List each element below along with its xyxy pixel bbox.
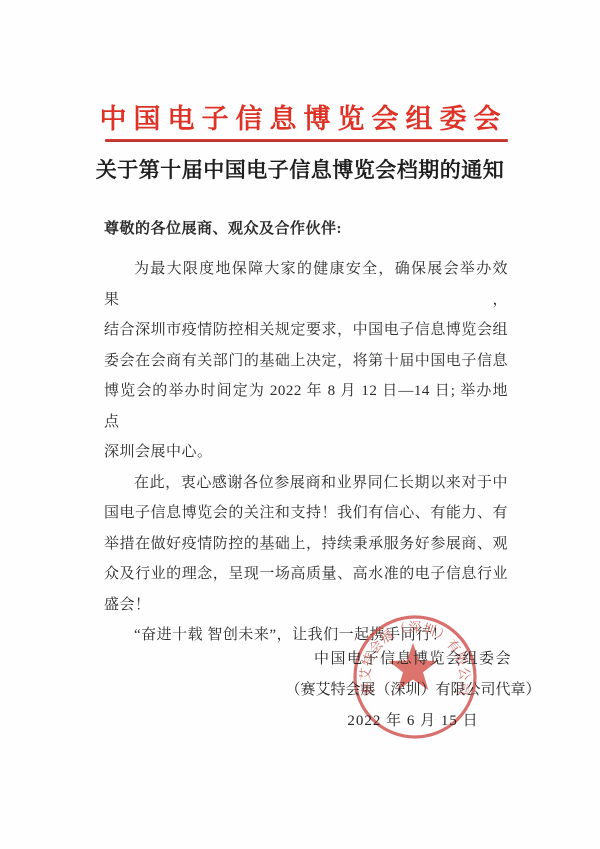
body-line: 深圳会展中心。 (104, 437, 508, 468)
notice-title: 关于第十届中国电子信息博览会档期的通知 (0, 154, 600, 184)
body-line: 结合深圳市疫情防控相关规定要求，中国电子信息博览会组 (104, 315, 508, 346)
letterhead-divider-rule (105, 139, 508, 142)
body-line: 举措在做好疫情防控的基础上，持续秉承服务好参展商、观 (104, 529, 508, 560)
notice-document-page: 中国电子信息博览会组委会 关于第十届中国电子信息博览会档期的通知 尊敬的各位展商… (0, 0, 600, 849)
signature-org: 中国电子信息博览会组委会 (226, 644, 600, 675)
body-line: 在此，衷心感谢各位参展商和业界同仁长期以来对于中 (104, 468, 508, 499)
letter-body: 尊敬的各位展商、观众及合作伙伴: 为最大限度地保障大家的健康安全，确保展会举办效… (104, 214, 508, 651)
signature-date: 2022 年 6 月 15 日 (226, 706, 600, 737)
salutation-line: 尊敬的各位展商、观众及合作伙伴: (104, 214, 508, 244)
body-line: 众及行业的理念，呈现一场高质量、高水准的电子信息行业 (104, 559, 508, 590)
body-line: 为最大限度地保障大家的健康安全，确保展会举办效果， (104, 254, 508, 315)
body-line: 委会在会商有关部门的基础上决定，将第十届中国电子信息 (104, 346, 508, 377)
letterhead-org-title: 中国电子信息博览会组委会 (0, 97, 600, 136)
body-line: 博览会的举办时间定为 2022 年 8 月 12 日—14 日; 举办地点 (104, 376, 508, 437)
signature-agent: （赛艾特会展（深圳）有限公司代章） (226, 675, 600, 706)
signature-block: 中国电子信息博览会组委会 （赛艾特会展（深圳）有限公司代章） 2022 年 6 … (226, 644, 600, 737)
body-line: 国电子信息博览会的关注和支持！我们有信心、有能力、有 (104, 498, 508, 529)
